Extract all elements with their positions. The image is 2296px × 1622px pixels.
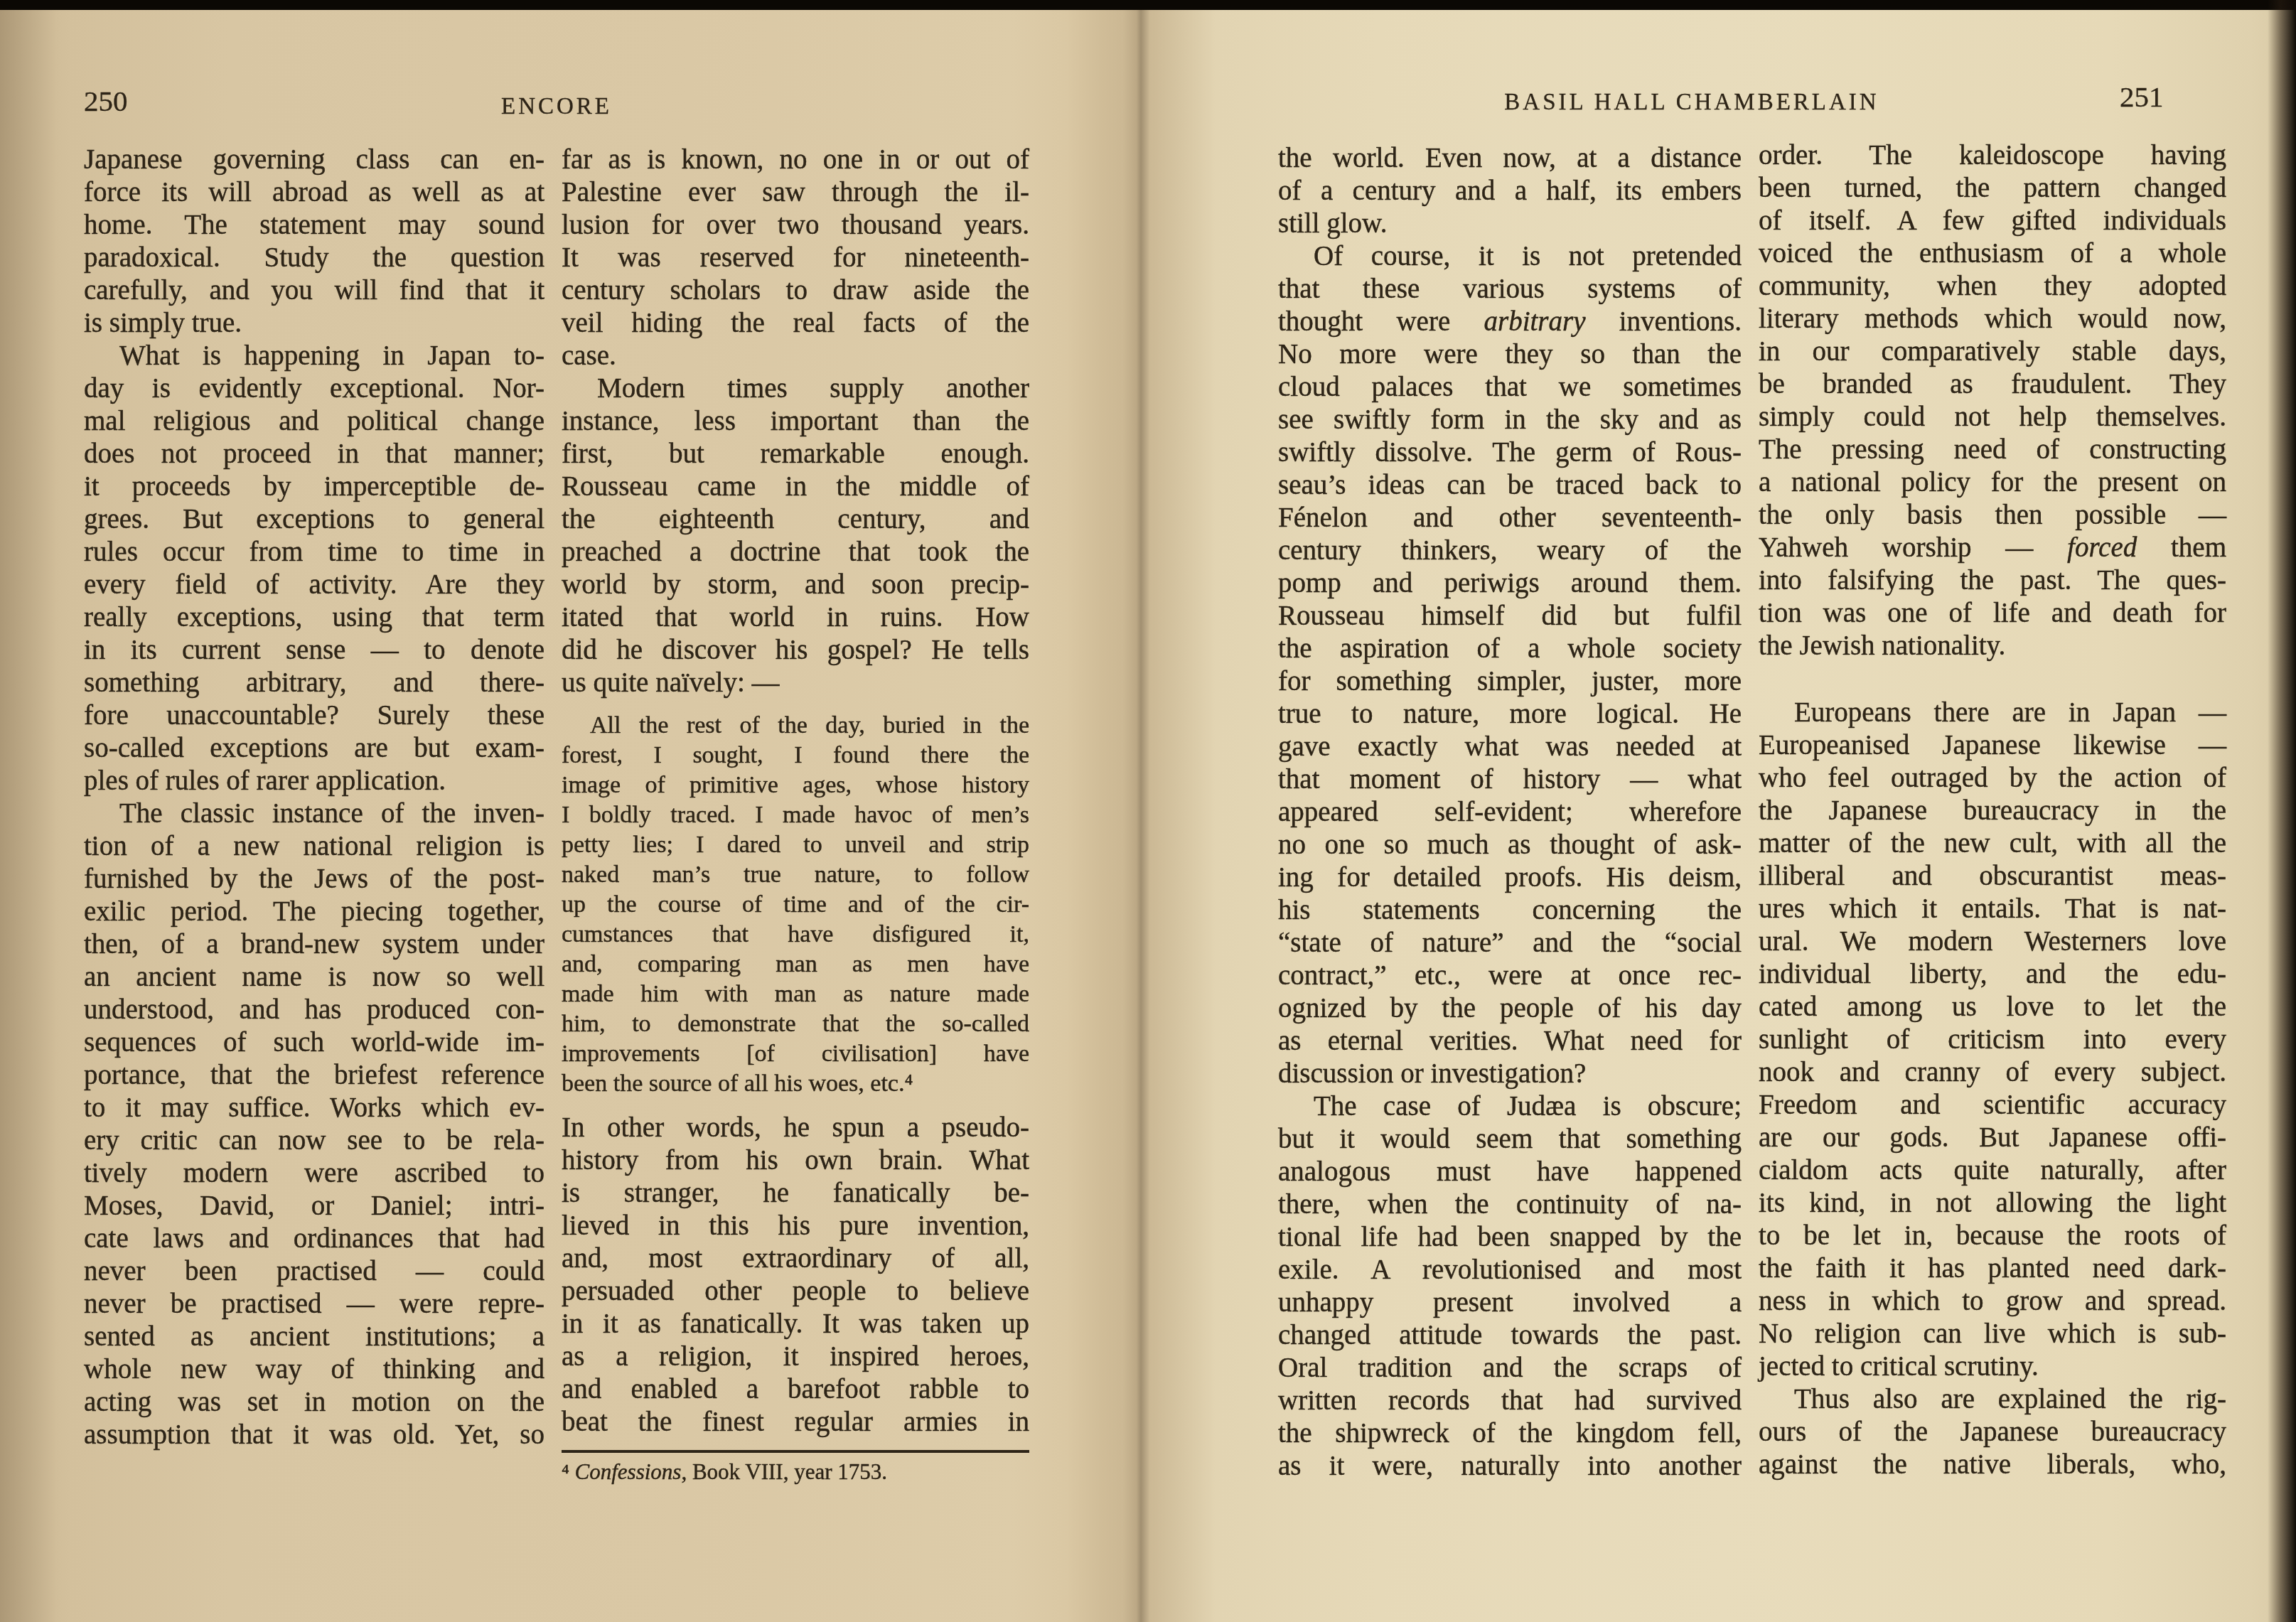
- text-line: tively modern were ascribed to: [84, 1157, 545, 1190]
- text-line: Yahweh worship — forced them: [1759, 532, 2226, 564]
- text-line: ples of rules of rarer application.: [84, 765, 545, 797]
- text-line: the eighteenth century, and: [562, 503, 1029, 536]
- text-line: ing for detailed proofs. His deism,: [1278, 861, 1742, 894]
- text-line: a national policy for the present on: [1759, 466, 2226, 499]
- paragraph: In other words, he spun a pseudo-history…: [562, 1112, 1029, 1439]
- text-line: did he discover his gospel? He tells: [562, 634, 1029, 667]
- text-line: jected to critical scrutiny.: [1759, 1350, 2226, 1383]
- text-line: up the course of time and of the cir-: [562, 890, 1029, 920]
- text-line: never been practised — could: [84, 1255, 545, 1288]
- text-line: against the native liberals, who,: [1759, 1449, 2226, 1481]
- text-line: persuaded other people to believe: [562, 1275, 1029, 1308]
- text-line: simply could not help themselves.: [1759, 401, 2226, 434]
- right-page-number: 251: [2120, 80, 2164, 114]
- right-running-head: BASIL HALL CHAMBERLAIN: [1251, 90, 2133, 116]
- text-line: case.: [562, 340, 1029, 372]
- text-line: the shipwreck of the kingdom fell,: [1278, 1417, 1742, 1450]
- text-line: the aspiration of a whole society: [1278, 633, 1742, 665]
- text-line: been turned, the pattern changed: [1759, 172, 2226, 205]
- paragraph: far as is known, no one in or out ofPale…: [562, 144, 1029, 372]
- text-line: every field of activity. Are they: [84, 569, 545, 601]
- text-line: cloud palaces that we sometimes: [1278, 371, 1742, 404]
- paragraph: Modern times supply anotherinstance, les…: [562, 372, 1029, 699]
- scan-edge-top: [0, 0, 2296, 10]
- text-line: instance, less important than the: [562, 405, 1029, 438]
- text-line: improvements [of civilisation] have: [562, 1039, 1029, 1069]
- text-line: the world. Even now, at a distance: [1278, 142, 1742, 175]
- text-line: lusion for over two thousand years.: [562, 209, 1029, 242]
- left-running-head: ENCORE: [84, 94, 1029, 120]
- text-line: portance, that the briefest reference: [84, 1059, 545, 1092]
- text-line: does not proceed in that manner;: [84, 438, 545, 471]
- text-line: assumption that it was old. Yet, so: [84, 1419, 545, 1451]
- text-line: who feel outraged by the action of: [1759, 762, 2226, 795]
- text-line: forest, I sought, I found there the: [562, 741, 1029, 770]
- text-line: Thus also are explained the rig-: [1759, 1383, 2226, 1416]
- text-line: but it would seem that something: [1278, 1123, 1742, 1156]
- text-line: the Jewish nationality.: [1759, 630, 2226, 662]
- text-line: first, but remarkable enough.: [562, 438, 1029, 471]
- text-line: Fénelon and other seventeenth-: [1278, 502, 1742, 535]
- text-line: history from his own brain. What: [562, 1144, 1029, 1177]
- text-line: sunlight of criticism into every: [1759, 1024, 2226, 1056]
- text-line: for something simpler, juster, more: [1278, 665, 1742, 698]
- right-page-column-2: order. The kaleidoscope havingbeen turne…: [1759, 139, 2226, 1481]
- text-line: still glow.: [1278, 208, 1742, 240]
- text-line: In other words, he spun a pseudo-: [562, 1112, 1029, 1144]
- text-line: thought were arbitrary inventions.: [1278, 306, 1742, 338]
- text-line: image of primitive ages, whose history: [562, 770, 1029, 800]
- text-line: Oral tradition and the scraps of: [1278, 1352, 1742, 1385]
- text-line: the faith it has planted need dark-: [1759, 1252, 2226, 1285]
- text-line: really exceptions, using that term: [84, 601, 545, 634]
- text-line: changed attitude towards the past.: [1278, 1319, 1742, 1352]
- text-line: fore unaccountable? Surely these: [84, 699, 545, 732]
- paragraph: The classic instance of the inven-tion o…: [84, 797, 545, 1451]
- text-line: world by storm, and soon precip-: [562, 569, 1029, 601]
- left-page-column-1: Japanese governing class can en-force it…: [84, 144, 545, 1451]
- text-line: Europeans there are in Japan —: [1759, 697, 2226, 729]
- text-line: there, when the continuity of na-: [1278, 1188, 1742, 1221]
- text-line: so-called exceptions are but exam-: [84, 732, 545, 765]
- paragraph: order. The kaleidoscope havingbeen turne…: [1759, 139, 2226, 662]
- text-line: It was reserved for nineteenth-: [562, 242, 1029, 274]
- text-line: petty lies; I dared to unveil and strip: [562, 830, 1029, 860]
- text-line: order. The kaleidoscope having: [1759, 139, 2226, 172]
- text-line: sequences of such world-wide im-: [84, 1026, 545, 1059]
- paragraph: Of course, it is not pretendedthat these…: [1278, 240, 1742, 1090]
- text-line: in our comparatively stable days,: [1759, 335, 2226, 368]
- text-line: Freedom and scientific accuracy: [1759, 1089, 2226, 1122]
- scan-edge-right: [2268, 0, 2296, 1622]
- text-line: ural. We modern Westerners love: [1759, 925, 2226, 958]
- text-line: unhappy present involved a: [1278, 1287, 1742, 1319]
- text-line: Rousseau himself did but fulfil: [1278, 600, 1742, 633]
- text-line: analogous must have happened: [1278, 1156, 1742, 1188]
- text-line: Europeanised Japanese likewise —: [1759, 729, 2226, 762]
- right-page-column-1: the world. Even now, at a distanceof a c…: [1278, 142, 1742, 1483]
- text-line: of itself. A few gifted individuals: [1759, 205, 2226, 237]
- text-line: mal religious and political change: [84, 405, 545, 438]
- text-line: “state of nature” and the “social: [1278, 927, 1742, 960]
- text-line: ognized by the people of his day: [1278, 992, 1742, 1025]
- text-line: tional life had been snapped by the: [1278, 1221, 1742, 1254]
- text-line: No more were they so than the: [1278, 338, 1742, 371]
- text-line: voiced the enthusiasm of a whole: [1759, 237, 2226, 270]
- text-line: Japanese governing class can en-: [84, 144, 545, 176]
- paragraph: The case of Judæa is obscure;but it woul…: [1278, 1090, 1742, 1483]
- text-line: ours of the Japanese bureaucracy: [1759, 1416, 2226, 1449]
- text-line: community, when they adopted: [1759, 270, 2226, 303]
- text-line: cated among us love to let the: [1759, 991, 2226, 1024]
- text-line: century scholars to draw aside the: [562, 274, 1029, 307]
- text-line: cate laws and ordinances that had: [84, 1223, 545, 1255]
- text-line: appeared self-evident; wherefore: [1278, 796, 1742, 829]
- text-line: that these various systems of: [1278, 273, 1742, 306]
- text-line: ures which it entails. That is nat-: [1759, 893, 2226, 925]
- text-line: as eternal verities. What need for: [1278, 1025, 1742, 1058]
- text-line: preached a doctrine that took the: [562, 536, 1029, 569]
- text-line: made him with man as nature made: [562, 979, 1029, 1009]
- text-line: illiberal and obscurantist meas-: [1759, 860, 2226, 893]
- text-line: Modern times supply another: [562, 372, 1029, 405]
- text-line: and, most extraordinary of all,: [562, 1242, 1029, 1275]
- text-line: to be let in, because the roots of: [1759, 1220, 2226, 1252]
- paragraph: What is happening in Japan to-day is evi…: [84, 340, 545, 797]
- footnote: ⁴ Confessions, Book VIII, year 1753.: [562, 1459, 1029, 1486]
- text-line: grees. But exceptions to general: [84, 503, 545, 536]
- text-line: cialdom acts quite naturally, after: [1759, 1154, 2226, 1187]
- text-line: sented as ancient institutions; a: [84, 1321, 545, 1353]
- text-line: see swiftly form in the sky and as: [1278, 404, 1742, 436]
- text-line: as a religion, it inspired heroes,: [562, 1341, 1029, 1373]
- text-line: individual liberty, and the edu-: [1759, 958, 2226, 991]
- text-line: seau’s ideas can be traced back to: [1278, 469, 1742, 502]
- text-line: literary methods which would now,: [1759, 303, 2226, 335]
- page-gutter-crease: [1066, 0, 1216, 1622]
- text-line: home. The statement may sound: [84, 209, 545, 242]
- text-line: the only basis then possible —: [1759, 499, 2226, 532]
- text-line: The classic instance of the inven-: [84, 797, 545, 830]
- text-line: are our gods. But Japanese offi-: [1759, 1122, 2226, 1154]
- text-line: whole new way of thinking and: [84, 1353, 545, 1386]
- text-line: an ancient name is now so well: [84, 961, 545, 994]
- paragraph: the world. Even now, at a distanceof a c…: [1278, 142, 1742, 240]
- text-line: true to nature, more logical. He: [1278, 698, 1742, 731]
- text-line: century thinkers, weary of the: [1278, 535, 1742, 567]
- text-line: matter of the new cult, with all the: [1759, 827, 2226, 860]
- text-line: exile. A revolutionised and most: [1278, 1254, 1742, 1287]
- text-line: far as is known, no one in or out of: [562, 144, 1029, 176]
- text-line: his statements concerning the: [1278, 894, 1742, 927]
- text-line: been the source of all his woes, etc.⁴: [562, 1069, 1029, 1099]
- text-line: of a century and a half, its embers: [1278, 175, 1742, 208]
- text-line: as it were, naturally into another: [1278, 1450, 1742, 1483]
- text-line: it proceeds by imperceptible de-: [84, 471, 545, 503]
- text-line: naked man’s true nature, to follow: [562, 860, 1029, 890]
- text-line: is simply true.: [84, 307, 545, 340]
- text-line: understood, and has produced con-: [84, 994, 545, 1026]
- text-line: written records that had survived: [1278, 1385, 1742, 1417]
- text-line: acting was set in motion on the: [84, 1386, 545, 1419]
- text-line: I boldly traced. I made havoc of men’s: [562, 800, 1029, 830]
- text-line: and enabled a barefoot rabble to: [562, 1373, 1029, 1406]
- left-page-edge-shadow: [0, 0, 57, 1622]
- text-line: then, of a brand-new system under: [84, 928, 545, 961]
- left-page-column-2: far as is known, no one in or out ofPale…: [562, 144, 1029, 1486]
- text-line: is stranger, he fanatically be-: [562, 1177, 1029, 1210]
- text-line: furnished by the Jews of the post-: [84, 863, 545, 896]
- text-line: exilic period. The piecing together,: [84, 896, 545, 928]
- text-line: cumstances that have disfigured it,: [562, 920, 1029, 950]
- text-line: ness in which to grow and spread.: [1759, 1285, 2226, 1318]
- text-line: veil hiding the real facts of the: [562, 307, 1029, 340]
- text-line: its kind, in not allowing the light: [1759, 1187, 2226, 1220]
- text-line: and, comparing man as men have: [562, 950, 1029, 979]
- text-line: swiftly dissolve. The germ of Rous-: [1278, 436, 1742, 469]
- text-line: The case of Judæa is obscure;: [1278, 1090, 1742, 1123]
- text-line: that moment of history — what: [1278, 763, 1742, 796]
- text-line: Palestine ever saw through the il-: [562, 176, 1029, 209]
- text-line: itated that world in ruins. How: [562, 601, 1029, 634]
- text-line: ⁴ Confessions, Book VIII, year 1753.: [562, 1459, 1029, 1486]
- text-line: carefully, and you will find that it: [84, 274, 545, 307]
- book-scan-spread: { "colors":{"paper_left":"#d8c6a3","pape…: [0, 0, 2296, 1622]
- text-line: something arbitrary, and there-: [84, 667, 545, 699]
- text-line: no one so much as thought of ask-: [1278, 829, 1742, 861]
- text-line: never be practised — were repre-: [84, 1288, 545, 1321]
- text-line: Moses, David, or Daniel; intri-: [84, 1190, 545, 1223]
- text-line: to it may suffice. Works which ev-: [84, 1092, 545, 1124]
- paragraph: Europeans there are in Japan —Europeanis…: [1759, 697, 2226, 1383]
- text-line: in it as fanatically. It was taken up: [562, 1308, 1029, 1341]
- text-line: All the rest of the day, buried in the: [562, 711, 1029, 741]
- text-line: Rousseau came in the middle of: [562, 471, 1029, 503]
- text-line: the Japanese bureaucracy in the: [1759, 795, 2226, 827]
- text-line: tion was one of life and death for: [1759, 597, 2226, 630]
- text-line: into falsifying the past. The ques-: [1759, 564, 2226, 597]
- paragraph: Japanese governing class can en-force it…: [84, 144, 545, 340]
- text-line: gave exactly what was needed at: [1278, 731, 1742, 763]
- block-quote: All the rest of the day, buried in thefo…: [562, 711, 1029, 1099]
- text-line: paradoxical. Study the question: [84, 242, 545, 274]
- text-line: day is evidently exceptional. Nor-: [84, 372, 545, 405]
- text-line: in its current sense — to denote: [84, 634, 545, 667]
- text-line: tion of a new national religion is: [84, 830, 545, 863]
- text-line: force its will abroad as well as at: [84, 176, 545, 209]
- text-line: contract,” etc., were at once rec-: [1278, 960, 1742, 992]
- text-line: discussion or investigation?: [1278, 1058, 1742, 1090]
- text-line: be branded as fraudulent. They: [1759, 368, 2226, 401]
- text-line: rules occur from time to time in: [84, 536, 545, 569]
- text-line: No religion can live which is sub-: [1759, 1318, 2226, 1350]
- text-line: nook and cranny of every subject.: [1759, 1056, 2226, 1089]
- text-line: us quite naïvely: —: [562, 667, 1029, 699]
- paragraph: Thus also are explained the rig-ours of …: [1759, 1383, 2226, 1481]
- text-line: The pressing need of constructing: [1759, 434, 2226, 466]
- text-line: What is happening in Japan to-: [84, 340, 545, 372]
- footnote-rule: [562, 1450, 1029, 1453]
- text-line: Of course, it is not pretended: [1278, 240, 1742, 273]
- text-line: ery critic can now see to be rela-: [84, 1124, 545, 1157]
- text-line: lieved in this his pure invention,: [562, 1210, 1029, 1242]
- text-line: him, to demonstrate that the so-called: [562, 1009, 1029, 1039]
- text-line: pomp and periwigs around them.: [1278, 567, 1742, 600]
- text-line: beat the finest regular armies in: [562, 1406, 1029, 1439]
